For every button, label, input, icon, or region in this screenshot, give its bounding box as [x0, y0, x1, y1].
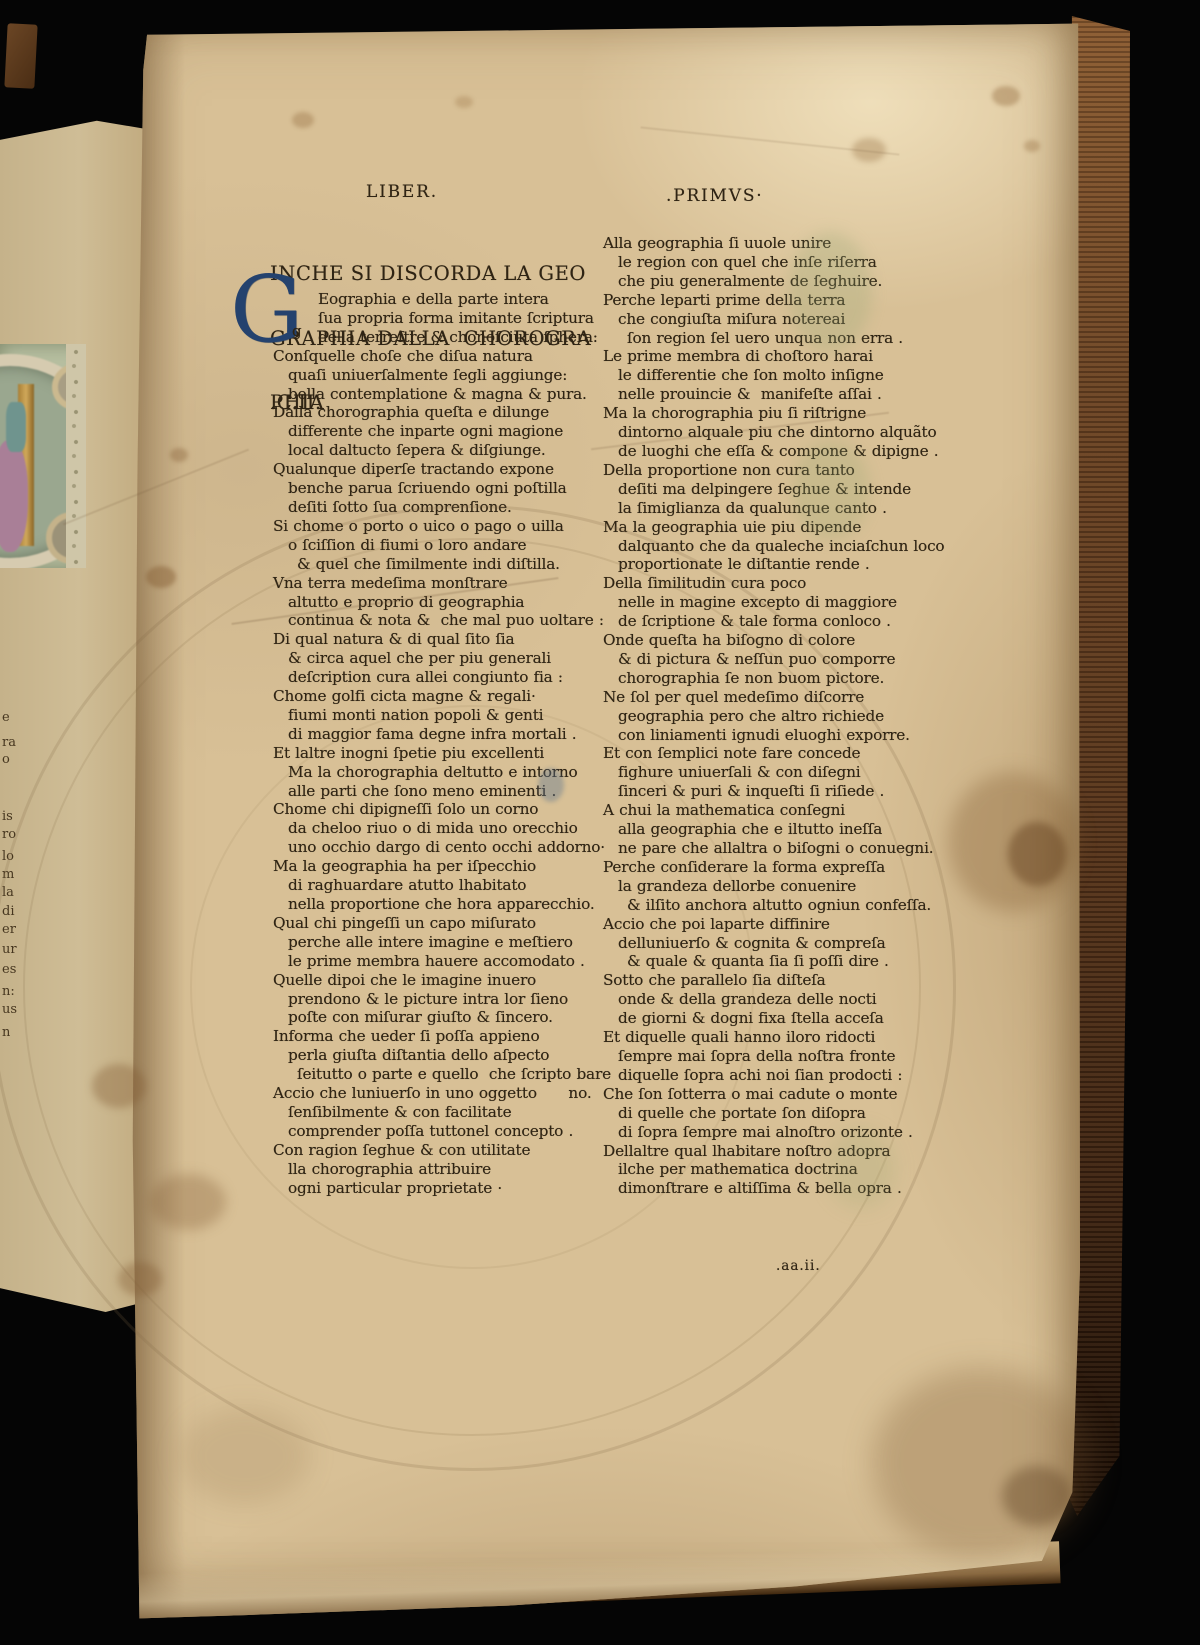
running-header-right: .PRIMVS· [666, 186, 764, 206]
verse-line: di quelle che portate ſon diſopra [603, 1104, 1063, 1123]
verse-line: dintorno alquale piu che dintorno alquãt… [603, 423, 1063, 442]
edge-text-fragment: is [2, 810, 24, 824]
verse-line: A chui la mathematica conſegni [603, 801, 1063, 820]
verse-line: deſiti ma delpingere ſeghue & intende [603, 480, 1063, 499]
verse-line: ſinceri & puri & inqueſti ſi riſiede . [603, 782, 1063, 801]
verse-line: con liniamenti ignudi eluoghi exporre. [603, 726, 1063, 745]
verse-line: & di pictura & neſſun puo comporre [603, 650, 1063, 669]
verse-line: delluniuerſo & cognita & compreſa [603, 934, 1063, 953]
edge-text-fragment: ra [2, 736, 24, 750]
quire-signature: .aa.ii. [776, 1258, 821, 1274]
binding-cover-tab [4, 23, 37, 88]
verse-line: Le prime membra di choſtoro harai [603, 347, 1063, 366]
text-column-right: Alla geographia ſi uuole unirele region … [603, 234, 1063, 1198]
verse-line: de luoghi che eſſa & compone & dipigne . [603, 442, 1063, 461]
verse-line: le region con quel che inſe riſerra [603, 253, 1063, 272]
edge-text-fragment: ro [2, 828, 24, 842]
verse-line: & quale & quanta ſia ſi poſſi dire . [603, 952, 1063, 971]
verse-line: alla geographia che e iltutto ineſſa [603, 820, 1063, 839]
verse-line: la grandeza dellorbe conuenire [603, 877, 1063, 896]
verse-line: Della ſimilitudin cura poco [603, 574, 1063, 593]
edge-text-fragment: la [2, 886, 24, 900]
verse-line: Ma la geographia uie piu dipende [603, 518, 1063, 537]
verse-line: onde & della grandeza delle nocti [603, 990, 1063, 1009]
verse-line: ne pare che allaltra o biſogni o conuegn… [603, 839, 1063, 858]
verse-line: Dellaltre qual lhabitare noſtro adopra [603, 1142, 1063, 1161]
verse-line: Che ſon ſotterra o mai cadute o monte [603, 1085, 1063, 1104]
verse-line: che congiuſta miſura notereai [603, 310, 1063, 329]
verse-line: fighure uniuerſali & con diſegni [603, 763, 1063, 782]
verse-line: proportionate le diſtantie rende . [603, 555, 1063, 574]
edge-text-fragment: ur [2, 943, 24, 957]
verse-line: nelle in magine excepto di maggiore [603, 593, 1063, 612]
verse-line: Sotto che parallelo ſia diſteſa [603, 971, 1063, 990]
running-header-left: LIBER. [366, 182, 438, 202]
verse-line: chorographia ſe non buom pictore. [603, 669, 1063, 688]
verse-line: Alla geographia ſi uuole unire [603, 234, 1063, 253]
edge-text-fragment: us [2, 1003, 24, 1017]
verse-line: de giorni & dogni fixa ſtella acceſa [603, 1009, 1063, 1028]
edge-text-fragment: n [2, 1026, 24, 1040]
verse-line: Ma la chorographia piu ſi riſtrigne [603, 404, 1063, 423]
verse-line: ilche per mathematica doctrina [603, 1160, 1063, 1179]
verse-line: Della proportione non cura tanto [603, 461, 1063, 480]
verse-line: Accio che poi laparte diffinire [603, 915, 1063, 934]
verse-line: di ſopra ſempre mai alnoſtro orizonte . [603, 1123, 1063, 1142]
verse-line: dalquanto che da qualeche inciaſchun loc… [603, 537, 1063, 556]
edge-text-fragment: n: [2, 985, 24, 999]
verse-line: Perche leparti prime della terra [603, 291, 1063, 310]
verse-line: Onde queſta ha biſogno di colore [603, 631, 1063, 650]
edge-text-fragment: o [2, 753, 24, 767]
verse-line: ſon region ſel uero unqua non erra . [603, 329, 1063, 348]
verse-line: & ilſito anchora altutto ogniun confeſſa… [603, 896, 1063, 915]
verse-line: dimonſtrare e altiſſima & bella opra . [603, 1179, 1063, 1198]
verse-line: la ſimiglianza da qualunque canto . [603, 499, 1063, 518]
edge-text-fragment: m [2, 868, 24, 882]
page: LIBER. .PRIMVS· INCHE SI DISCORDA LA GEO… [128, 22, 1080, 1620]
verse-line: geographia pero che altro richiede [603, 707, 1063, 726]
verse-line: diquelle ſopra achi noi ſian prodocti : [603, 1066, 1063, 1085]
verse-line: Et diquelle quali hanno iloro ridocti [603, 1028, 1063, 1047]
verse-line: Perche conſiderare la forma expreſſa [603, 858, 1063, 877]
edge-text-fragment: e [2, 711, 24, 725]
verse-line: Et con ſemplici note fare concede [603, 744, 1063, 763]
verse-line: nelle prouincie & manifeſte aſſai . [603, 385, 1063, 404]
title-line-1: INCHE SI DISCORDA LA GEO [270, 263, 532, 285]
verse-line: che piu generalmente de ſeghuire. [603, 272, 1063, 291]
edge-text-fragment: er [2, 923, 24, 937]
verse-line: le differentie che ſon molto inſigne [603, 366, 1063, 385]
edge-text-fragment: lo [2, 850, 24, 864]
verse-line: ſempre mai ſopra della noſtra fronte [603, 1047, 1063, 1066]
verse-line: Ne ſol per quel medeſimo diſcorre [603, 688, 1063, 707]
book-photograph: eraoisrolomladieruresn:usn LIBER. .PRIMV… [0, 0, 1200, 1645]
edge-text-fragment: di [2, 905, 24, 919]
edge-text-fragment: es [2, 963, 24, 977]
verse-line: de ſcriptione & tale forma conloco . [603, 612, 1063, 631]
